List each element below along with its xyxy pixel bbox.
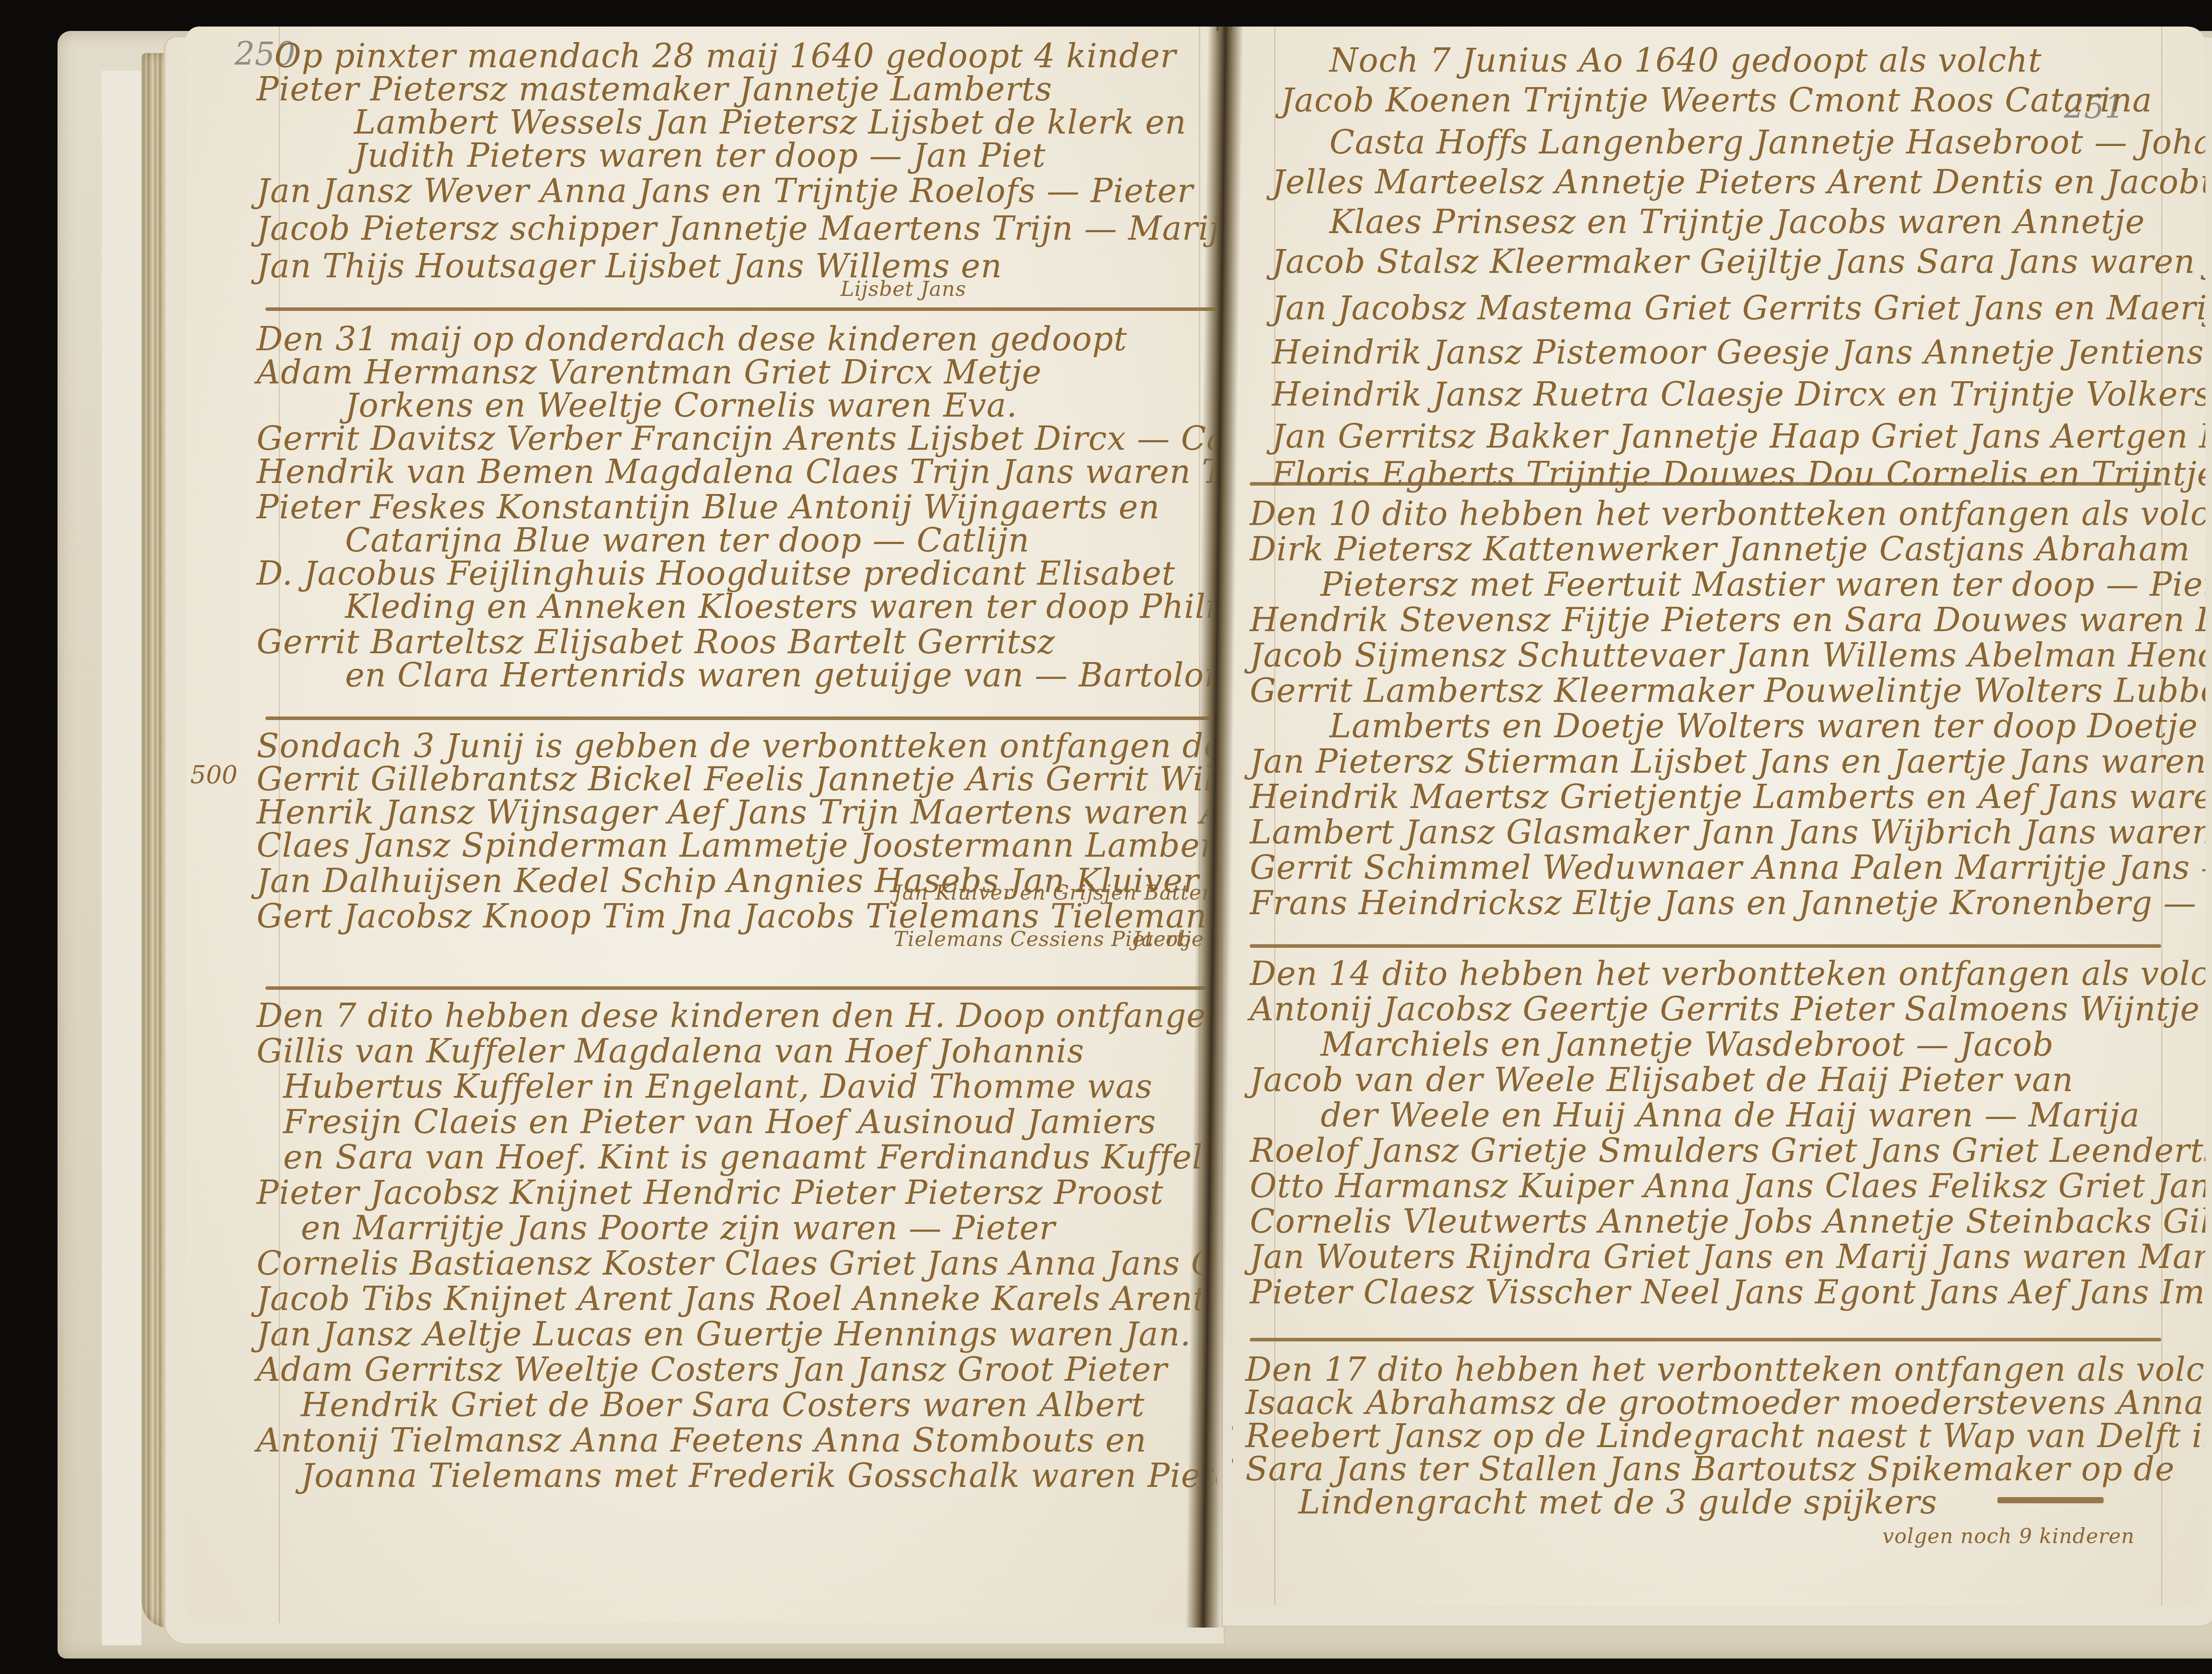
entry-separator (1250, 944, 2161, 948)
entry-line: Sara Jans ter Stallen Jans Bartoutsz Spi… (1245, 1453, 2175, 1486)
entry-line: Jan Jacobsz Mastema Griet Gerrits Griet … (1272, 292, 2205, 325)
entry-line: Dirk Pietersz Kattenwerker Jannetje Cast… (1250, 533, 2190, 566)
entry-line: Jacob Koenen Trijntje Weerts Cmont Roos … (1281, 84, 2152, 117)
entry-line: Lambert Jansz Glasmaker Jann Jans Wijbri… (1250, 816, 2205, 849)
entry-line: Jacob Stalsz Kleermaker Geijltje Jans Sa… (1272, 245, 2205, 278)
entry-line: Jacob van der Weele Elijsabet de Haij Pi… (1250, 1064, 2074, 1096)
entry-line: Claes Jansz Spinderman Lammetje Joosterm… (257, 829, 1217, 862)
left-page: 250 Op pinxter maendach 28 maij 1640 ged… (186, 27, 1217, 1623)
margin-count: 500 (190, 761, 238, 789)
entry-line: Jan Pietersz Stierman Lijsbet Jans en Ja… (1250, 745, 2205, 778)
dash-mark (1997, 1497, 2104, 1503)
entry-line: Lamberts en Doetje Wolters waren ter doo… (1329, 710, 2198, 743)
entry-line: Adam Gerritsz Weeltje Costers Jan Jansz … (257, 1353, 1167, 1386)
entry-line: Jan Jansz Wever Anna Jans en Trijntje Ro… (257, 175, 1193, 207)
entry-line: Pietersz met Feertuit Mastier waren ter … (1321, 568, 2205, 601)
entry-line: der Weele en Huij Anna de Haij waren — M… (1321, 1099, 2140, 1132)
entry-line: Judith Pieters waren ter doop — Jan Piet (354, 139, 1046, 172)
entry-line: en Sara van Hoef. Kint is genaamt Ferdin… (283, 1141, 1217, 1174)
right-page: 251 Noch 7 Junius Ao 1640 gedoopt als vo… (1232, 27, 2205, 1605)
entry-line: Cornelis Vleutwerts Annetje Jobs Annetje… (1250, 1205, 2205, 1238)
margin-count: 1 (1232, 1387, 1235, 1415)
entry-line: Catarijna Blue waren ter doop — Catlijn (345, 524, 1029, 557)
entry-line: Gerrit Barteltsz Elijsabet Roos Bartelt … (257, 626, 1055, 659)
entry-line: Gerrit Gillebrantsz Bickel Feelis Jannet… (257, 763, 1217, 796)
entry-line: en Clara Hertenrids waren getuijge van —… (345, 659, 1217, 692)
side-note: Jan Kluiver en Grijsjen Batten ende Mari… (894, 882, 1217, 903)
entry-line: Marchiels en Jannetje Wasdebroot — Jacob (1321, 1028, 2054, 1061)
entry-line: Jacob Tibs Knijnet Arent Jans Roel Annek… (257, 1283, 1206, 1315)
entry-line: Pieter Feskes Konstantijn Blue Antonij W… (257, 491, 1160, 524)
entry-line: Otto Harmansz Kuiper Anna Jans Claes Fel… (1250, 1170, 2205, 1203)
entry-line: Fresijn Claeis en Pieter van Hoef Ausino… (283, 1106, 1156, 1138)
entry-line: volgen noch 9 kinderen (1882, 1526, 2135, 1546)
entry-line: en Marrijtje Jans Poorte zijn waren — Pi… (301, 1212, 1056, 1245)
entry-line: Adam Hermansz Varentman Griet Dircx Metj… (257, 356, 1042, 389)
entry-line: Noch 7 Junius Ao 1640 gedoopt als volcht (1329, 44, 2042, 77)
entry-separator (1250, 482, 2161, 486)
entry-line: Heindrik Jansz Pistemoor Geesje Jans Ann… (1272, 336, 2205, 369)
margin-count: 2 (1232, 1420, 1235, 1448)
entry-separator (265, 307, 1217, 311)
entry-separator (265, 986, 1217, 990)
entry-line: Pieter Claesz Visscher Neel Jans Egont J… (1250, 1276, 2205, 1309)
entry-line: Den 14 dito hebben het verbontteken ontf… (1250, 958, 2205, 990)
entry-line: Heindrik Jansz Ruetra Claesje Dircx en T… (1272, 378, 2205, 411)
entry-line: Jelles Marteelsz Annetje Pieters Arent D… (1272, 166, 2205, 199)
entry-line: Antonij Jacobsz Geertje Gerrits Pieter S… (1250, 993, 2200, 1026)
entry-line: Jorkens en Weeltje Cornelis waren Eva. (345, 389, 1018, 422)
entry-line: Hendrik van Bemen Magdalena Claes Trijn … (257, 456, 1217, 488)
entry-line: Heindrik Maertsz Grietjentje Lamberts en… (1250, 781, 2205, 813)
entry-line: Sondach 3 Junij is gebben de verbontteke… (257, 730, 1217, 762)
entry-line: Hubertus Kuffeler in Engelant, David Tho… (283, 1070, 1152, 1103)
entry-line: Jan Jansz Aeltje Lucas en Guertje Hennin… (257, 1318, 1191, 1351)
entry-line: Hendrik Stevensz Fijtje Pieters en Sara … (1250, 604, 2205, 636)
entry-line: Lambert Wessels Jan Pietersz Lijsbet de … (354, 106, 1187, 139)
entry-line: Jan Wouters Rijndra Griet Jans en Marij … (1250, 1241, 2205, 1273)
cover-turn-in-left (102, 71, 142, 1645)
entry-line: Casta Hoffs Langenberg Jannetje Hasebroo… (1329, 126, 2205, 159)
entry-line: Gerrit Lambertsz Kleermaker Pouwelintje … (1250, 674, 2205, 707)
entry-line: Reebert Jansz op de Lindegracht naest t … (1245, 1420, 2205, 1452)
entry-line: Antonij Tielmansz Anna Feetens Anna Stom… (257, 1424, 1147, 1457)
entry-line: Joanna Tielemans met Frederik Gosschalk … (301, 1459, 1217, 1492)
entry-line: Lindengracht met de 3 gulde spijkers (1298, 1486, 1937, 1519)
entry-line: Den 31 maij op donderdach dese kinderen … (257, 323, 1127, 356)
entry-line: Henrik Jansz Wijnsager Aef Jans Trijn Ma… (257, 796, 1217, 829)
margin-count: 3 (1232, 1453, 1235, 1482)
entry-line: Klaes Prinsesz en Trijntje Jacobs waren … (1329, 206, 2145, 238)
entry-line: Lijsbet Jans (841, 279, 966, 299)
entry-line: Roelof Jansz Grietje Smulders Griet Jans… (1250, 1134, 2205, 1167)
entry-line: Frans Heindricksz Eltje Jans en Jannetje… (1250, 887, 2205, 919)
entry-line: Isaack Abrahamsz de grootmoeder moederst… (1245, 1387, 2204, 1419)
entry-line: Gillis van Kuffeler Magdalena van Hoef J… (257, 1035, 1084, 1068)
entry-line: Gerrit Schimmel Weduwnaer Anna Palen Mar… (1250, 851, 2205, 884)
entry-line: Pieter Pietersz mastemaker Jannetje Lamb… (257, 73, 1052, 106)
entry-line: Den 7 dito hebben dese kinderen den H. D… (257, 1000, 1217, 1032)
entry-line: Jan Gerritsz Bakker Jannetje Haap Griet … (1272, 420, 2205, 453)
entry-line: Jacob Pietersz schipper Jannetje Maerten… (257, 212, 1217, 245)
side-note: Jacob (1133, 929, 1192, 949)
entry-line: Pieter Jacobsz Knijnet Hendric Pieter Pi… (257, 1176, 1164, 1209)
entry-line: Hendrik Griet de Boer Sara Costers waren… (301, 1389, 1145, 1421)
entry-line: Cornelis Bastiaensz Koster Claes Griet J… (257, 1247, 1217, 1280)
entry-line: D. Jacobus Feijlinghuis Hoogduitse predi… (257, 557, 1175, 590)
entry-line: Den 10 dito hebben het verbontteken ontf… (1250, 498, 2205, 530)
entry-separator (1250, 1338, 2161, 1341)
entry-line: Den 17 dito hebben het verbontteken ontf… (1245, 1353, 2205, 1386)
entry-separator (265, 716, 1217, 720)
entry-line: Jacob Sijmensz Schuttevaer Jann Willems … (1250, 639, 2205, 672)
entry-line: Kleding en Anneken Kloesters waren ter d… (345, 590, 1217, 623)
entry-line: Gerrit Davitsz Verber Francijn Arents Li… (257, 422, 1217, 455)
entry-line: Op pinxter maendach 28 maij 1640 gedoopt… (274, 40, 1176, 73)
